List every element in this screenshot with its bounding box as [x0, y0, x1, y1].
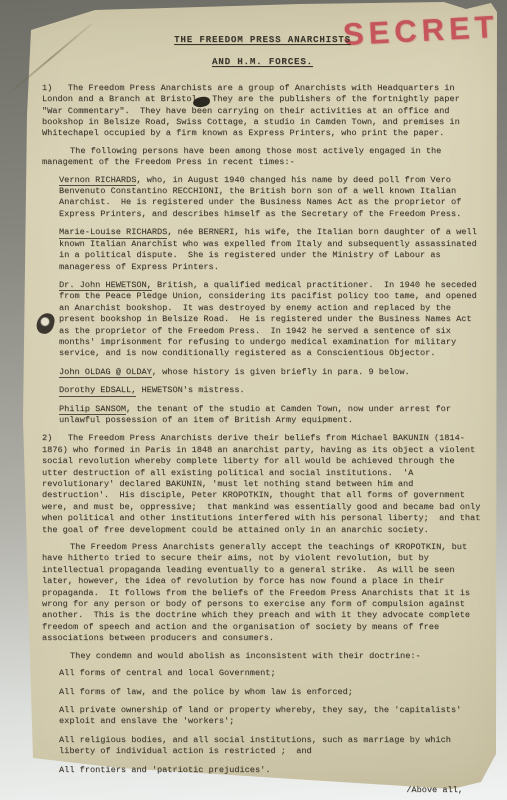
underlined-name: Dorothy EDSALL,: [59, 385, 136, 397]
entry-paragraph: Philip SANSOM, the tenant of the studio …: [59, 404, 483, 427]
document-title-line1: THE FREEDOM PRESS ANARCHISTS: [42, 34, 483, 45]
list-paragraph: All frontiers and 'patriotic prejudices'…: [59, 765, 483, 776]
list-paragraph: All religious bodies, and all social ins…: [59, 735, 483, 758]
underlined-name: Marie-Louise RICHARDS: [59, 227, 167, 239]
document-text: THE FREEDOM PRESS ANARCHISTS AND H.M. FO…: [42, 28, 483, 800]
list-paragraph: All private ownership of land or propert…: [59, 705, 483, 728]
entry-paragraph: Dorothy EDSALL, HEWETSON's mistress.: [59, 385, 483, 396]
entry-paragraph: Vernon RICHARDS, who, in August 1940 cha…: [59, 175, 483, 221]
underlined-name: Philip SANSOM: [59, 404, 126, 416]
underlined-name: John OLDAG @ OLDAY: [59, 367, 152, 379]
document-title-line2: AND H.M. FORCES.: [42, 56, 483, 67]
list-paragraph: All forms of law, and the police by whom…: [59, 687, 483, 698]
numbered-paragraph: 1) The Freedom Press Anarchists are a gr…: [42, 83, 483, 140]
numbered-paragraph: 2) The Freedom Press Anarchists derive t…: [42, 433, 483, 536]
entry-paragraph: Marie-Louise RICHARDS, née BERNERI, his …: [59, 227, 483, 273]
list-paragraph: All forms of central and local Governmen…: [59, 668, 483, 679]
underlined-name: Dr. John HEWETSON,: [59, 280, 152, 292]
scanned-document-scene: SECRET THE FREEDOM PRESS ANARCHISTS AND …: [0, 0, 507, 800]
entry-paragraph: Dr. John HEWETSON, British, a qualified …: [59, 280, 483, 360]
underlined-name: Vernon RICHARDS: [59, 175, 136, 187]
entry-paragraph: John OLDAG @ OLDAY, whose history is giv…: [59, 367, 483, 378]
document-body: 1) The Freedom Press Anarchists are a gr…: [42, 83, 483, 797]
plain-paragraph: The Freedom Press Anarchists generally a…: [42, 542, 483, 645]
footer-paragraph: /Above all,: [42, 785, 483, 796]
plain-paragraph: The following persons have been among th…: [42, 146, 483, 169]
plain-paragraph: They condemn and would abolish as incons…: [42, 651, 483, 662]
